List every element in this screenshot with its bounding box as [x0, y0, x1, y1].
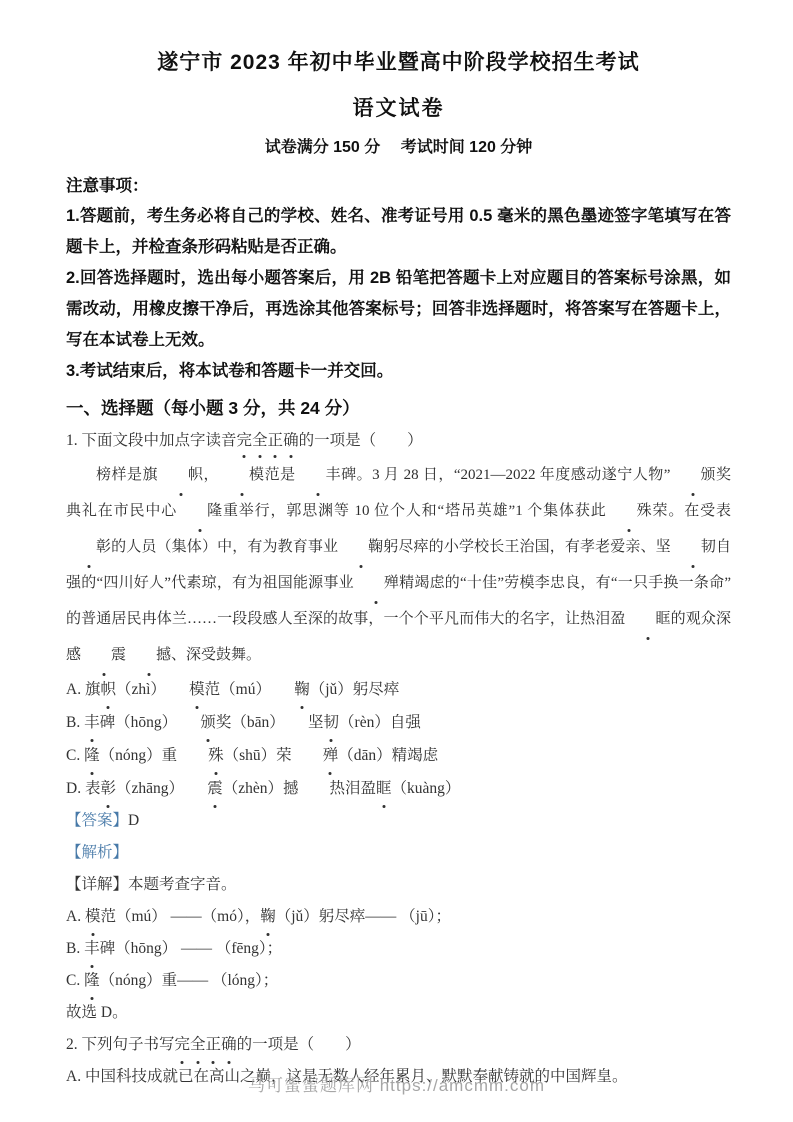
analysis-label: 【解析】	[66, 844, 128, 861]
emphasized-char: 丰	[296, 457, 341, 493]
detail-label: 【详解】	[66, 876, 128, 893]
analysis-line: 【解析】	[66, 837, 731, 869]
explanation-line-a: A. 模范（mú） ——（mó），鞠（jǔ）躬尽瘁—— （jū）；	[66, 901, 731, 933]
emphasized-char: 殊	[607, 493, 652, 529]
emphasized-char: 隆	[84, 965, 100, 997]
emphasized-char: 完	[175, 1029, 191, 1061]
emphasized-char: 全	[190, 1029, 206, 1061]
emphasized-char: 彰	[66, 529, 111, 565]
emphasized-char: 殊	[208, 739, 224, 772]
emphasized-char: 帜	[158, 457, 203, 493]
emphasized-char: 殚	[323, 739, 339, 772]
q1-option-c: C. 隆（nóng）重 殊（shū）荣 殚（dān）精竭虑	[66, 739, 731, 772]
notice-heading: 注意事项：	[66, 171, 731, 201]
emphasized-char: 隆	[84, 739, 100, 772]
emphasized-char: 彰	[100, 772, 116, 805]
emphasized-char: 全	[252, 427, 268, 455]
emphasized-char: 模	[219, 457, 264, 493]
section-1-heading: 一、选择题（每小题 3 分，共 24 分）	[66, 393, 731, 423]
emphasized-char: 鞠	[260, 901, 276, 933]
q1-option-b: B. 丰碑（hōng） 颁奖（bān） 坚韧（rèn）自强	[66, 706, 731, 739]
emphasized-char: 隆	[177, 493, 222, 529]
emphasized-char: 帜	[100, 673, 116, 706]
q1-answer-block: 【答案】D 【解析】 【详解】本题考查字音。 A. 模范（mú） ——（mó），…	[66, 805, 731, 1093]
emphasized-char: 鞠	[294, 673, 310, 706]
emphasized-char: 确	[221, 1029, 237, 1061]
notice-item-2: 2.回答选择题时，选出每小题答案后，用 2B 铅笔把答题卡上对应题目的答案标号涂…	[66, 263, 731, 356]
question-2-stem: 2. 下列句子书写完全正确的一项是（ ）	[66, 1029, 731, 1061]
exam-page: 遂宁市 2023 年初中毕业暨高中阶段学校招生考试 语文试卷 试卷满分 150 …	[0, 0, 793, 1093]
answer-value: D	[128, 812, 139, 829]
emphasized-char: 撼	[126, 637, 171, 673]
emphasized-char: 颁	[200, 706, 216, 739]
footer-watermark: 马可蜜蜜题库网 https://amcmm.com	[0, 1071, 793, 1096]
page-title: 遂宁市 2023 年初中毕业暨高中阶段学校招生考试	[66, 46, 731, 76]
page-subtitle: 语文试卷	[66, 92, 731, 122]
emphasized-char: 眶	[376, 772, 392, 805]
emphasized-char: 颁	[670, 457, 715, 493]
emphasized-char: 模	[85, 901, 101, 933]
emphasized-char: 正	[268, 427, 284, 455]
q1-option-d: D. 表彰（zhāng） 震（zhèn）撼 热泪盈眶（kuàng）	[66, 772, 731, 805]
emphasized-char: 韧	[324, 706, 340, 739]
emphasized-char: 正	[206, 1029, 222, 1061]
emphasized-char: 殚	[354, 565, 399, 601]
emphasized-char: 丰	[84, 933, 100, 965]
explanation-line-c: C. 隆（nóng）重—— （lóng）；	[66, 965, 731, 997]
emphasized-char: 完	[237, 427, 253, 455]
notice-item-3: 3.考试结束后，将本试卷和答题卡一并交回。	[66, 356, 731, 387]
emphasized-char: 鞠	[338, 529, 383, 565]
emphasized-char: 震	[207, 772, 223, 805]
emphasized-char: 眶	[625, 601, 670, 637]
detail-line: 【详解】本题考查字音。	[66, 869, 731, 901]
answer-line: 【答案】D	[66, 805, 731, 837]
answer-label: 【答案】	[66, 812, 128, 829]
explanation-line-b: B. 丰碑（hōng） —— （fēng）；	[66, 933, 731, 965]
question-1-stem: 1. 下面文段中加点字读音完全正确的一项是（ ）	[66, 427, 731, 455]
q1-option-a: A. 旗帜（zhì） 模范（mú） 鞠（jǔ）躬尽瘁	[66, 673, 731, 706]
emphasized-char: 确	[283, 427, 299, 455]
emphasized-char: 震	[81, 637, 126, 673]
detail-text: 本题考查字音。	[128, 876, 237, 893]
question-1-passage: 榜样是旗帜，模范是丰碑。3 月 28 日，“2021—2022 年度感动遂宁人物…	[66, 457, 731, 673]
emphasized-char: 丰	[84, 706, 100, 739]
emphasized-char: 韧	[671, 529, 716, 565]
conclusion-line: 故选 D。	[66, 997, 731, 1029]
exam-meta: 试卷满分 150 分 考试时间 120 分钟	[66, 134, 731, 157]
emphasized-char: 模	[189, 673, 205, 706]
notice-item-1: 1.答题前，考生务必将自己的学校、姓名、准考证号用 0.5 毫米的黑色墨迹签字笔…	[66, 201, 731, 263]
